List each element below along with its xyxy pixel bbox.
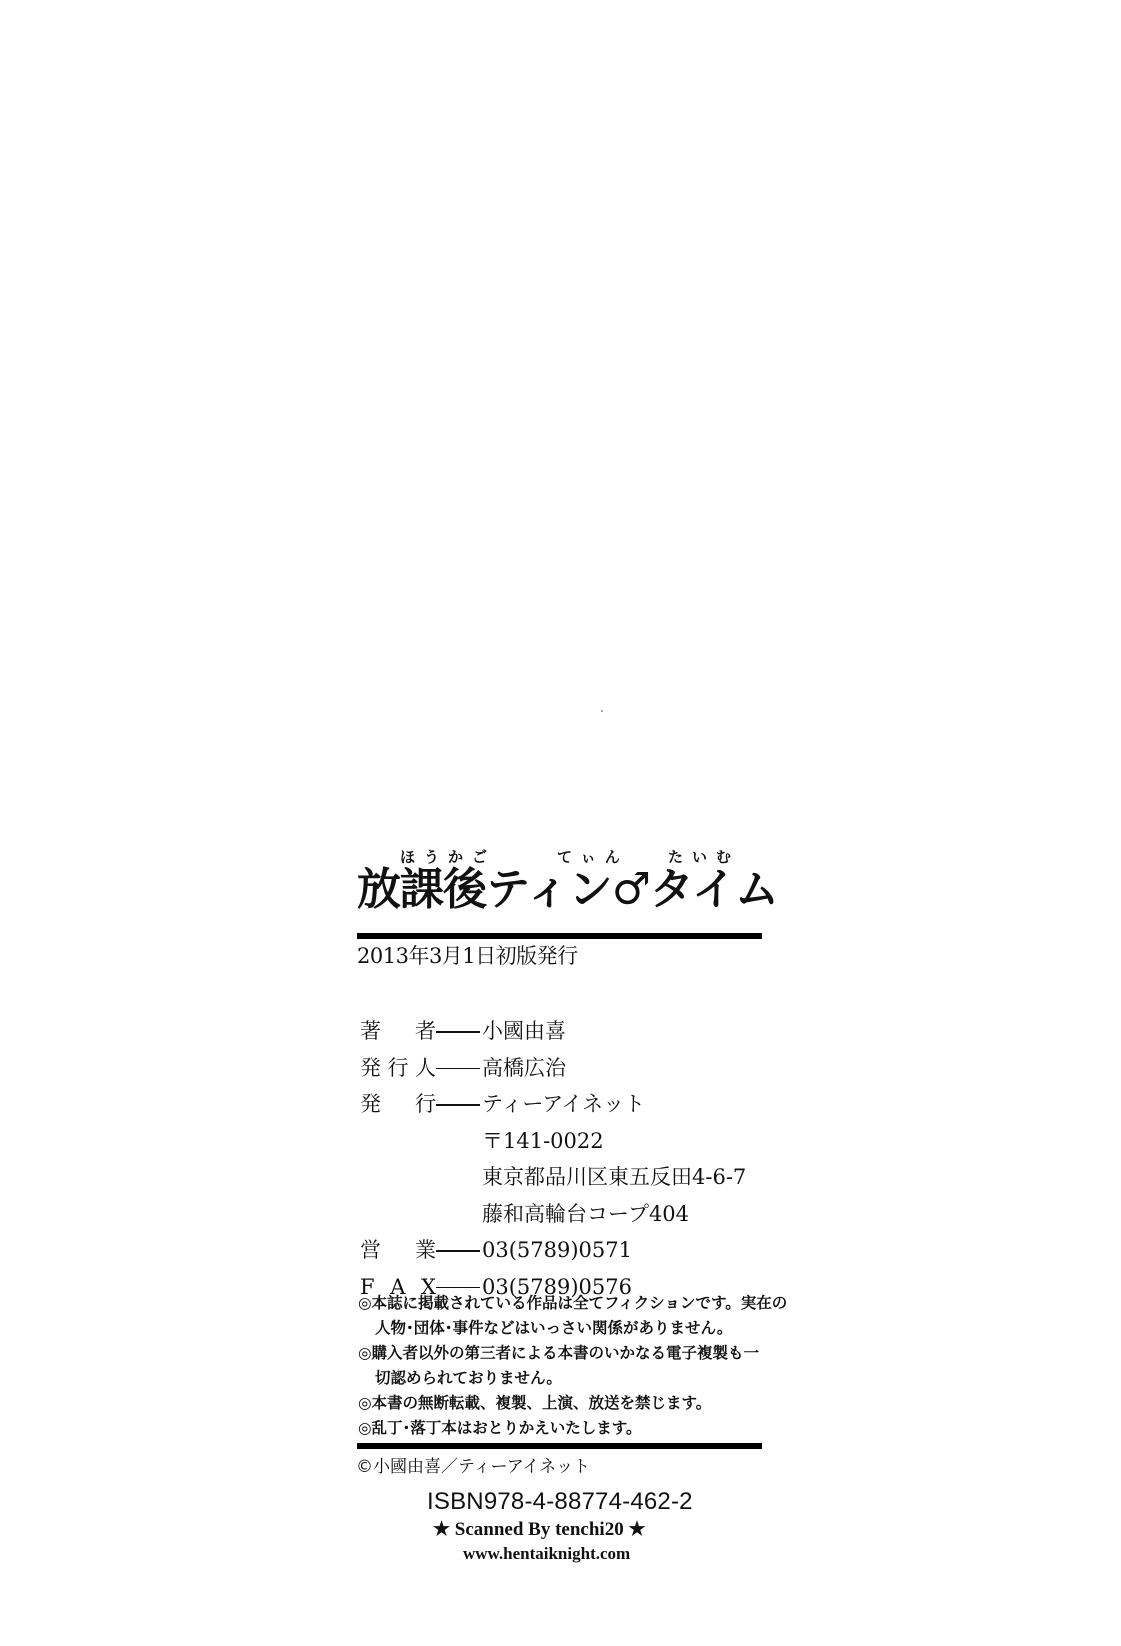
- colophon-row-author: 著者小國由喜: [360, 1013, 746, 1050]
- colophon-row-publisher: 発行ティーアイネット: [360, 1086, 746, 1123]
- isbn: ISBN978-4-88774-462-2: [427, 1488, 693, 1516]
- address-postal: 〒141-0022: [360, 1123, 746, 1160]
- dash-separator: [436, 1232, 480, 1269]
- title-ruby: ほうかご てぃん たいむ: [400, 846, 760, 866]
- publisher-person: 高橋広治: [480, 1050, 566, 1087]
- legal-notes: ◎本誌に掲載されている作品は全てフィクションです。実在の 人物･団体･事件などは…: [358, 1290, 787, 1440]
- publication-date: 2013年3月1日初版発行: [357, 943, 578, 969]
- note-reproduction: ◎本書の無断転載、複製、上演、放送を禁じます。: [358, 1390, 787, 1415]
- copyright-line: ©小國由喜／ティーアイネット: [356, 1455, 590, 1479]
- author-name: 小國由喜: [480, 1013, 566, 1050]
- dash-separator: [436, 1050, 480, 1087]
- address-line-1: 東京都品川区東五反田4-6-7: [360, 1159, 746, 1196]
- note-defects: ◎乱丁･落丁本はおとりかえいたします。: [358, 1415, 787, 1440]
- book-title: 放課後ティン♂タイム: [357, 864, 778, 916]
- title-rule: [357, 933, 762, 939]
- note-fiction-cont: 人物･団体･事件などはいっさい関係がありません。: [358, 1315, 787, 1340]
- note-digital-copy-cont: 切認められておりません。: [358, 1365, 787, 1390]
- note-fiction: ◎本誌に掲載されている作品は全てフィクションです。実在の: [358, 1290, 787, 1315]
- row-label: 発行人: [360, 1050, 436, 1087]
- scan-speck: [601, 710, 603, 712]
- site-url: www.hentaiknight.com: [463, 1543, 630, 1565]
- address-line-2: 藤和高輪台コープ404: [360, 1196, 746, 1233]
- colophon-row-publisher-person: 発行人高橋広治: [360, 1050, 746, 1087]
- dash-separator: [436, 1013, 480, 1050]
- row-label: 営業: [360, 1232, 436, 1269]
- dash-separator: [436, 1086, 480, 1123]
- publisher-name: ティーアイネット: [480, 1086, 645, 1123]
- sales-phone: 03(5789)0571: [480, 1232, 632, 1269]
- note-digital-copy: ◎購入者以外の第三者による本書のいかなる電子複製も一: [358, 1340, 787, 1365]
- row-label: 発行: [360, 1086, 436, 1123]
- copyright-rule: [357, 1443, 762, 1449]
- contact-row-sales: 営業03(5789)0571: [360, 1232, 746, 1269]
- scanned-by: ★ Scanned By tenchi20 ★: [433, 1518, 645, 1542]
- row-label: 著者: [360, 1013, 436, 1050]
- colophon-info: 著者小國由喜 発行人高橋広治 発行ティーアイネット 〒141-0022 東京都品…: [360, 1013, 746, 1305]
